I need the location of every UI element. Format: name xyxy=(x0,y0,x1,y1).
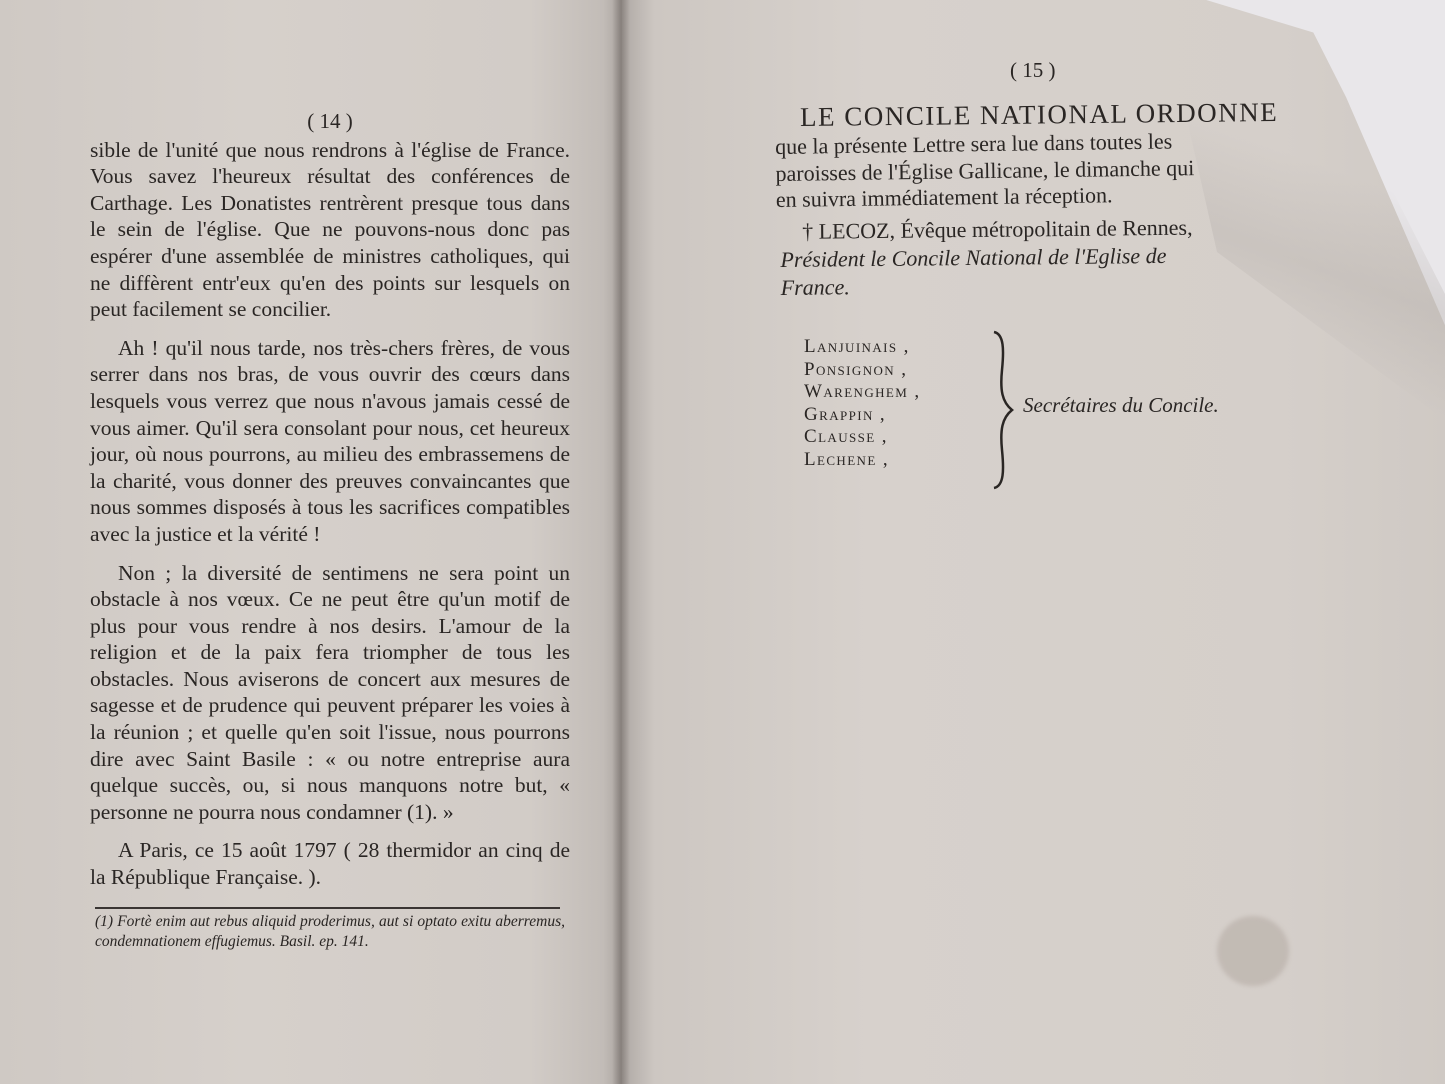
paragraph-2: Ah ! qu'il nous tarde, nos très-chers fr… xyxy=(90,335,570,548)
page-number-left: ( 14 ) xyxy=(90,108,570,135)
signature-line-3: France. xyxy=(781,268,1326,302)
paragraph-1: sible de l'unité que nous rendrons à l'é… xyxy=(90,137,570,323)
footnote: (1) Fortè enim aut rebus aliquid proderi… xyxy=(95,912,565,952)
page-number-right: ( 15 ) xyxy=(1010,58,1056,83)
secretary-name: Lanjuinais , xyxy=(804,336,921,359)
signature-block: † LECOZ, Évêque métropolitain de Rennes,… xyxy=(780,212,1326,302)
left-page-text: ( 14 ) sible de l'unité que nous rendron… xyxy=(90,108,570,891)
open-book-spread: ( 14 ) sible de l'unité que nous rendron… xyxy=(0,0,1445,1084)
secretary-name: Warenghem , xyxy=(804,381,921,404)
curly-brace-icon xyxy=(990,330,1018,490)
paragraph-3: Non ; la diversité de sentimens ne sera … xyxy=(90,560,570,826)
secretaries-list: Lanjuinais , Ponsignon , Warenghem , Gra… xyxy=(804,336,921,471)
footnote-rule xyxy=(95,907,560,909)
secretary-name: Lechene , xyxy=(804,449,921,472)
decree-body: que la présente Lettre sera lue dans tou… xyxy=(775,126,1321,213)
secretary-name: Grappin , xyxy=(804,404,921,427)
secretary-name: Clausse , xyxy=(804,426,921,449)
secretaries-label: Secrétaires du Concile. xyxy=(1023,393,1219,418)
secretary-name: Ponsignon , xyxy=(804,359,921,382)
book-gutter xyxy=(612,0,630,1084)
paper-stain xyxy=(1217,916,1289,986)
paragraph-dateline: A Paris, ce 15 août 1797 ( 28 thermidor … xyxy=(90,837,570,890)
